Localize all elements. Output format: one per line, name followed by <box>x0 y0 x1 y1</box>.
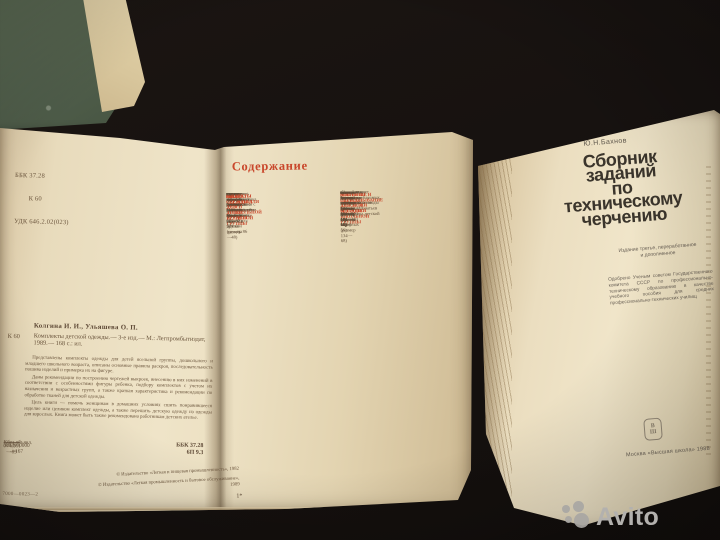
right-open-book: Ю.Н.Бахнов Сборник заданий по техническо… <box>474 104 720 538</box>
k-code: К 60 <box>15 195 70 204</box>
avito-logo-dot <box>574 513 589 528</box>
contents-column-right: 98Нарядное платье и трусы (размер 110—56… <box>340 188 460 500</box>
annotation-paragraph: Даны рекомендации по построению чертежей… <box>24 374 212 402</box>
contents-page: Содержание 3ВВЕДЕНИЕ5ОБЩИЕ СВЕДЕНИЯ5Пост… <box>217 138 470 513</box>
avito-logo-dot <box>562 505 570 513</box>
bbk-code: ББК 37.28 <box>15 172 70 181</box>
avito-logo-dot <box>565 516 572 523</box>
bbk-repeat-line: 6П 9.3 <box>147 449 203 457</box>
udk-code: УДК 646.2.02(023) <box>14 218 69 227</box>
publisher-logo: В Ш <box>643 418 663 441</box>
print-order-code: К 3002000000—167 044(01)—89 без объявл. <box>3 442 163 465</box>
book-title: Сборник заданий по техническому черчению <box>532 145 711 230</box>
catalog-entry: Комплекты детской одежды.— 3-е изд.— М.:… <box>33 332 207 350</box>
authors-line: Колгина И. И., Ульяшева О. П. <box>34 322 138 331</box>
approval-note: Одобрено Ученым советом Государственного… <box>608 269 717 323</box>
bibliographic-page: ББК 37.28 К 60 УДК 646.2.02(023) Колгина… <box>0 136 213 512</box>
avito-logo-icon <box>562 504 590 531</box>
book-author: Ю.Н.Бахнов <box>583 137 627 147</box>
photo-scene: ББК 37.28 К 60 УДК 646.2.02(023) Колгина… <box>0 0 720 540</box>
contents-heading: Содержание <box>232 158 308 174</box>
bbk-repeat-block: ББК 37.28 6П 9.3 <box>147 442 203 458</box>
catalog-codes: ББК 37.28 К 60 УДК 646.2.02(023) <box>14 156 70 243</box>
publisher-logo-letter: Ш <box>650 429 657 435</box>
annotation-block: Представлены комплекты одежды для детей … <box>23 354 215 454</box>
contents-entry-label: Использование малоупотребляемых, вышедши… <box>340 189 381 222</box>
green-book <box>0 0 171 137</box>
left-open-book: ББК 37.28 К 60 УДК 646.2.02(023) Колгина… <box>0 98 474 516</box>
imprint-line: Москва «Высшая школа» 1988 <box>626 443 720 464</box>
corner-print-code: 7000—0023—2 <box>2 492 38 498</box>
title-page: Ю.Н.Бахнов Сборник заданий по техническо… <box>495 102 720 537</box>
print-code-suffix: без объявл. <box>7 439 32 446</box>
catalog-k-margin: К 60 <box>8 333 20 340</box>
contents-column-left: 3ВВЕДЕНИЕ5ОБЩИЕ СВЕДЕНИЯ5Построение черт… <box>226 190 346 502</box>
avito-watermark: Avito <box>562 501 712 533</box>
copyright-line: © Издательство «Легкая промышленность и … <box>88 475 239 495</box>
avito-wordmark: Avito <box>596 503 659 532</box>
avito-logo-dot <box>573 501 584 512</box>
signature-mark: 1* <box>236 493 242 499</box>
contents-entry-label: Платье и трусы (размер 110—56) <box>226 191 241 218</box>
annotation-paragraph: Цель книги — помочь женщинам в домашних … <box>24 399 212 421</box>
edition-note: Издание третье, переработанное и дополне… <box>608 241 709 267</box>
green-book-cover <box>0 0 171 137</box>
annotation-paragraph: Представлены комплекты одежды для детей … <box>25 354 213 376</box>
